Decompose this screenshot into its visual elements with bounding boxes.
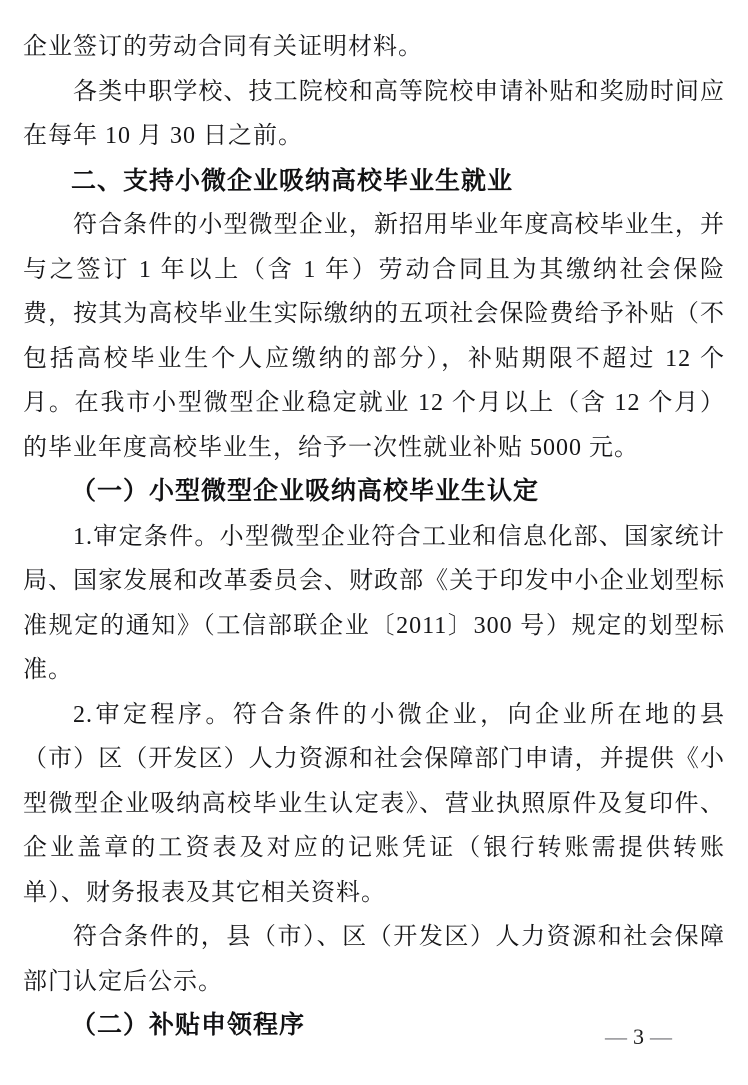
page-number-value: 3 [633,1024,644,1049]
paragraph-review-conditions: 1.审定条件。小型微型企业符合工业和信息化部、国家统计局、国家发展和改革委员会、… [23,515,725,693]
paragraph-subsidy-policy: 符合条件的小型微型企业，新招用毕业年度高校毕业生，并与之签订 1 年以上（含 1… [23,203,725,470]
subsection-heading-enterprise-recognition: （一）小型微型企业吸纳高校毕业生认定 [23,470,725,515]
section-heading-support-small-micro-enterprises: 二、支持小微企业吸纳高校毕业生就业 [23,159,725,204]
page-number-left-dash: — [599,1024,633,1049]
document-body: 企业签订的劳动合同有关证明材料。 各类中职学校、技工院校和高等院校申请补贴和奖励… [23,25,725,1049]
paragraph-continuation: 企业签订的劳动合同有关证明材料。 [23,25,725,70]
paragraph-public-announcement: 符合条件的，县（市）、区（开发区）人力资源和社会保障部门认定后公示。 [23,915,725,1004]
page-number-right-dash: — [644,1024,678,1049]
paragraph-school-subsidy-deadline: 各类中职学校、技工院校和高等院校申请补贴和奖励时间应在每年 10 月 30 日之… [23,70,725,159]
paragraph-review-procedure: 2.审定程序。符合条件的小微企业，向企业所在地的县（市）区（开发区）人力资源和社… [23,693,725,916]
document-page: 企业签订的劳动合同有关证明材料。 各类中职学校、技工院校和高等院校申请补贴和奖励… [0,0,748,1085]
page-number: —3— [599,1024,678,1050]
